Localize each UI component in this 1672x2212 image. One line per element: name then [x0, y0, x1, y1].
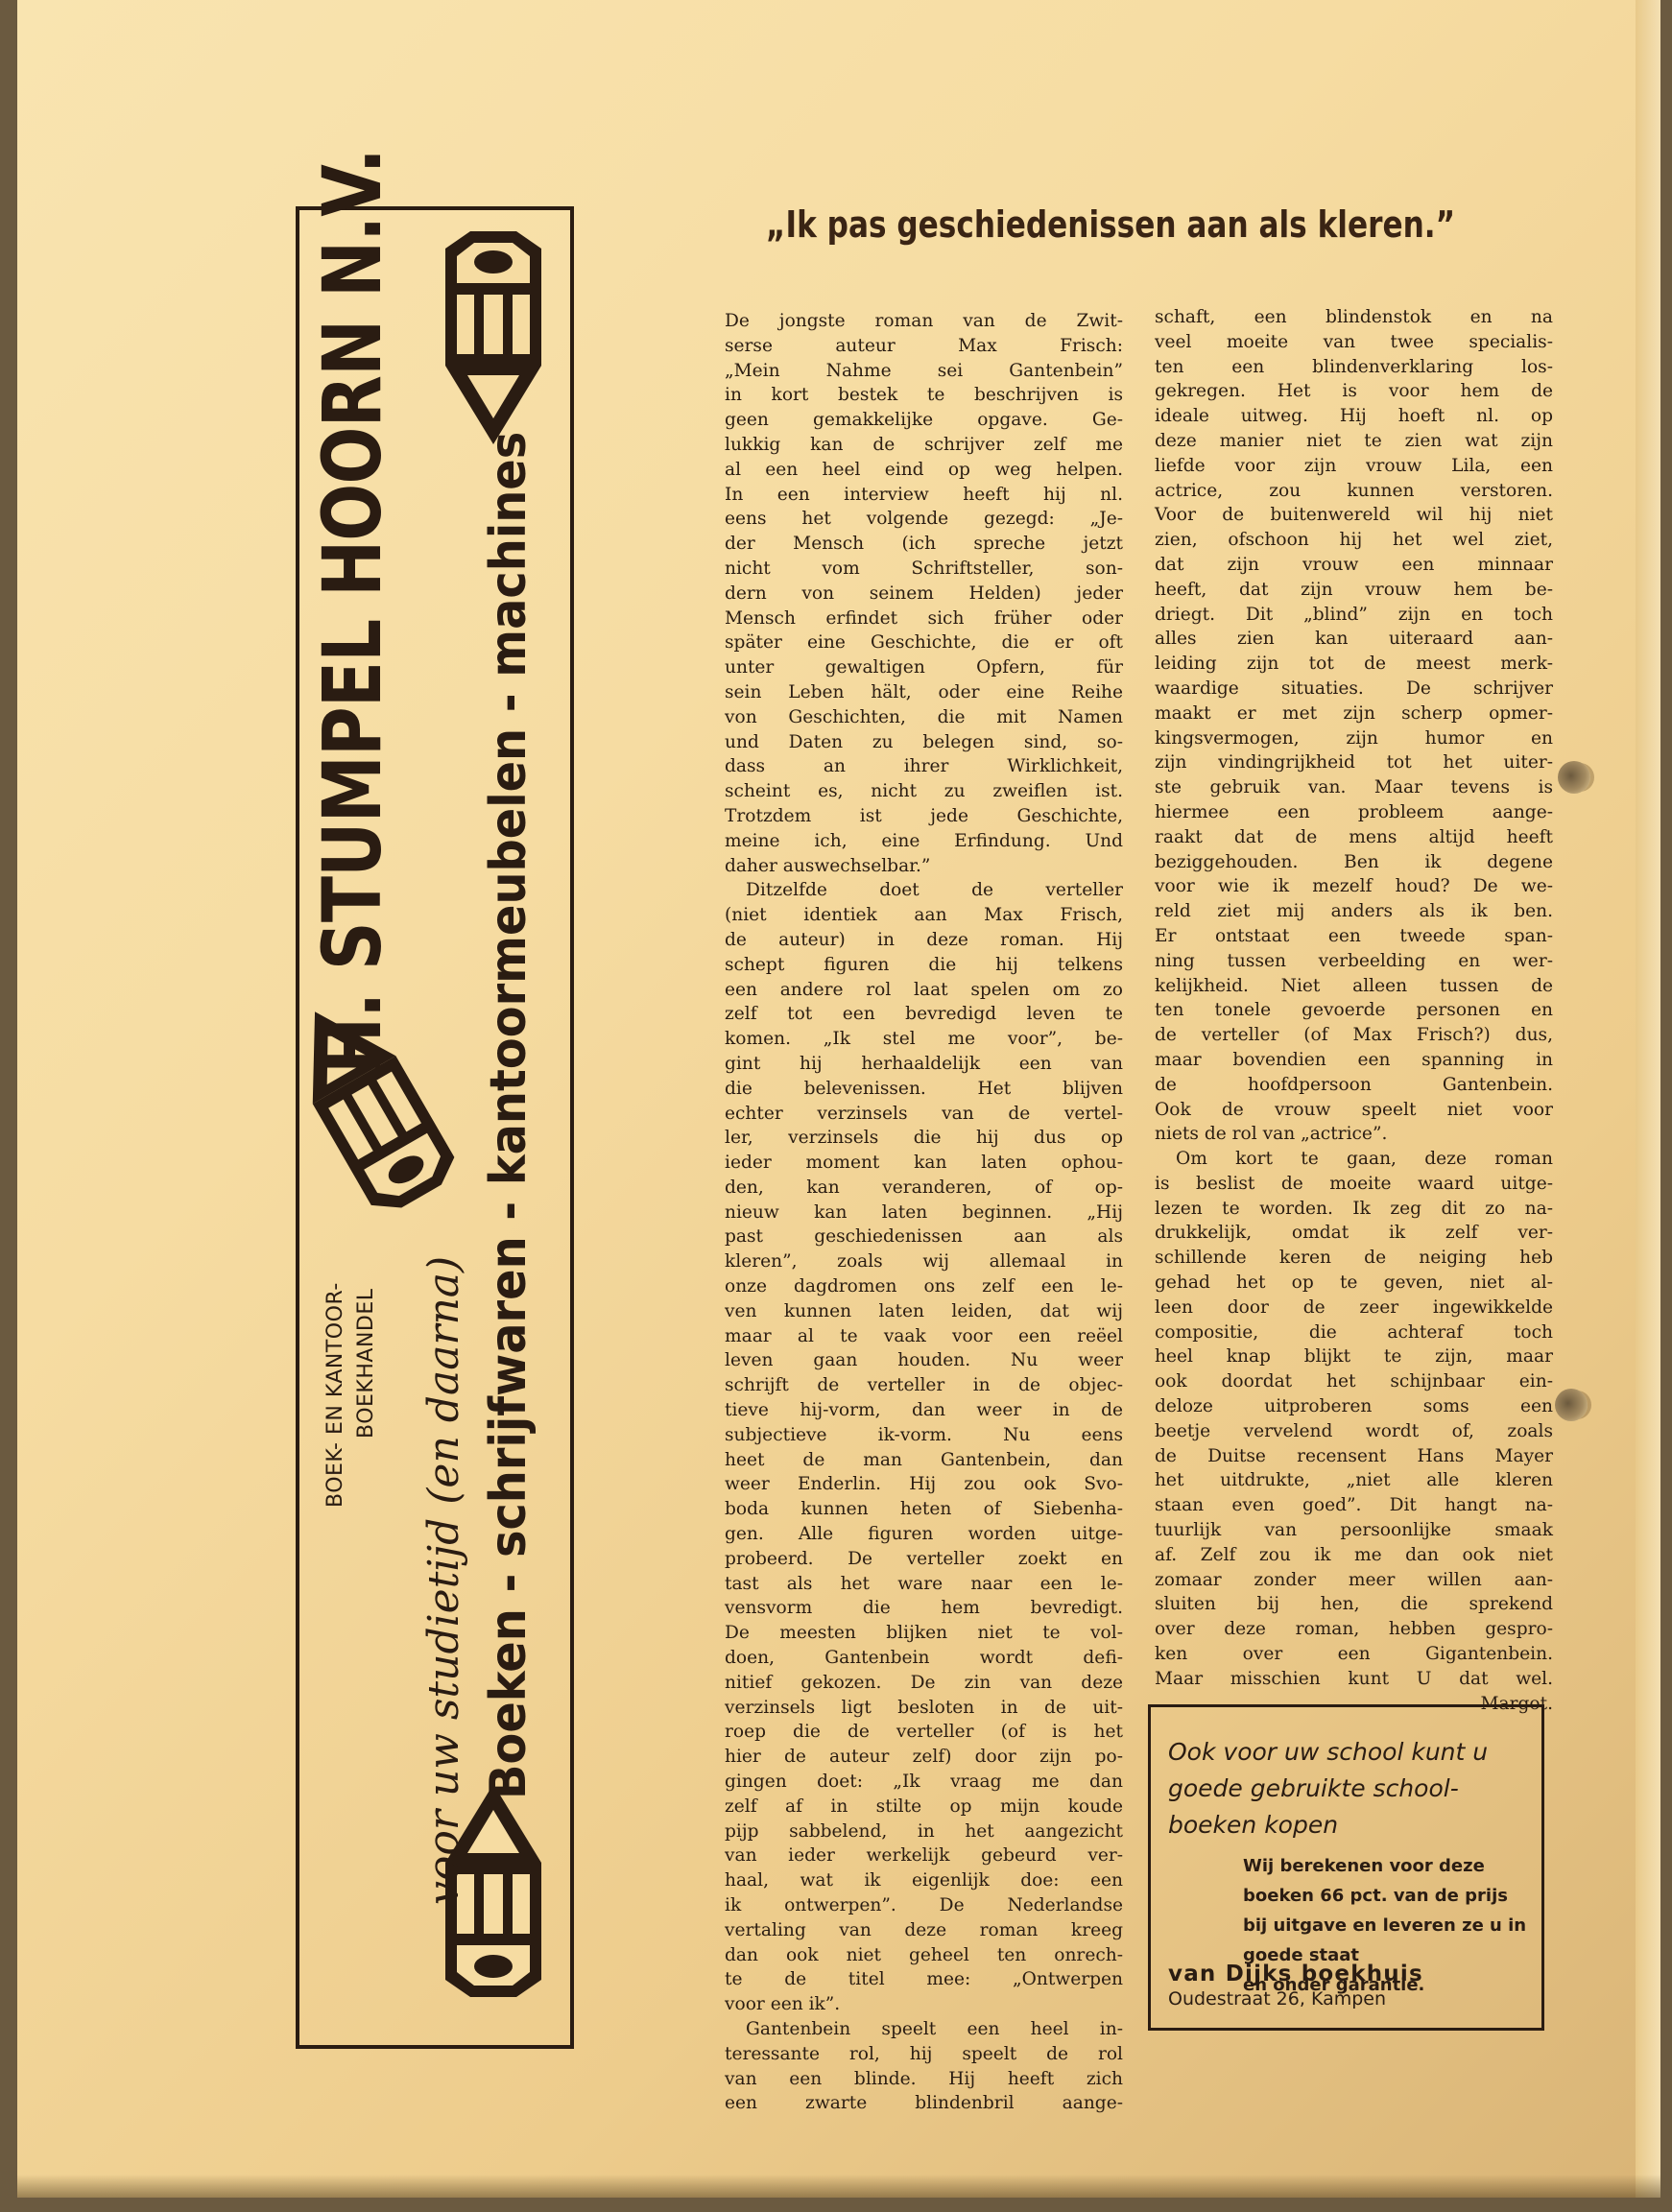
article-line: meine ich, eine Erfindung. Und: [725, 829, 1123, 854]
article-line: vertaling van deze roman kreeg: [725, 1918, 1123, 1943]
article-line: in kort bestek te beschrijven is: [725, 383, 1123, 408]
article-line: gehad het op te geven, niet al-: [1155, 1271, 1553, 1296]
ad-title: Ook voor uw school kunt ugoede gebruikte…: [1168, 1734, 1488, 1843]
article-line: maakt er met zijn scherp opmer-: [1155, 702, 1553, 726]
article-line: hier de auteur zelf) door zijn po-: [725, 1745, 1123, 1770]
article-line: het uitdrukte, „niet alle kleren: [1155, 1468, 1553, 1493]
article-line: unter gewaltigen Opfern, für: [725, 655, 1123, 680]
article-line: over deze roman, hebben gespro-: [1155, 1617, 1553, 1642]
article-line: is beslist de moeite waard uitge-: [1155, 1172, 1553, 1197]
shop-address: Oudestraat 26, Kampen: [1168, 1988, 1423, 2010]
article-line: Gantenbein speelt een heel in-: [725, 2017, 1123, 2042]
article-line: dern von seinem Helden) jeder: [725, 582, 1123, 607]
article-line: heel knap blijkt te zijn, maar: [1155, 1344, 1553, 1369]
ad-line: bij uitgave en leveren ze u in: [1243, 1911, 1526, 1940]
article-line: tieve hij-vorm, dan weer in de: [725, 1398, 1123, 1423]
article-line: den, kan veranderen, of op-: [725, 1176, 1123, 1201]
article-line: onze dagdromen ons zelf een le-: [725, 1274, 1123, 1299]
article-line: de Duitse recensent Hans Mayer: [1155, 1444, 1553, 1469]
article-line: beziggehouden. Ben ik degene: [1155, 850, 1553, 875]
article-line: Trotzdem ist jede Geschichte,: [725, 804, 1123, 829]
article-line: gekregen. Het is voor hem de: [1155, 379, 1553, 404]
article-line: ste gebruik van. Maar tevens is: [1155, 775, 1553, 800]
article-line: raakt dat de mens altijd heeft: [1155, 825, 1553, 850]
article-line: deze manier niet te zien wat zijn: [1155, 429, 1553, 454]
article-line: doen, Gantenbein wordt defi-: [725, 1646, 1123, 1671]
article-line: dass an ihrer Wirklichkeit,: [725, 754, 1123, 779]
article-line: ieder moment kan laten ophou-: [725, 1151, 1123, 1176]
article-line: pijp sabbelend, in het aangezicht: [725, 1820, 1123, 1844]
article-line: nieuw kan laten beginnen. „Hij: [725, 1201, 1123, 1225]
article-line: schept figuren die hij telkens: [725, 953, 1123, 978]
article-line: ven kunnen laten leiden, dat wij: [725, 1299, 1123, 1324]
article-line: scheint es, nicht zu zweiflen ist.: [725, 779, 1123, 804]
article-line: ten tonele gevoerde personen en: [1155, 998, 1553, 1023]
article-line: serse auteur Max Frisch:: [725, 334, 1123, 359]
article-line: ning tussen verbeelding en wer-: [1155, 949, 1553, 974]
ad-line: Wij berekenen voor deze: [1243, 1851, 1526, 1881]
page-edge: [1636, 0, 1660, 2198]
article-line: compositie, die achteraf toch: [1155, 1320, 1553, 1345]
article-line: (niet identiek aan Max Frisch,: [725, 903, 1123, 928]
article-line: In een interview heeft hij nl.: [725, 483, 1123, 508]
ad-line: Ook voor uw school kunt u: [1168, 1734, 1488, 1771]
article-line: schrijft de verteller in de objec-: [725, 1373, 1123, 1398]
article-line: ook doordat het schijnbaar ein-: [1155, 1369, 1553, 1394]
article-line: der Mensch (ich spreche jetzt: [725, 532, 1123, 557]
article-line: heet de man Gantenbein, dan: [725, 1448, 1123, 1473]
article-line: ten een blindenverklaring los-: [1155, 355, 1553, 380]
article-line: te de titel mee: „Ontwerpen: [725, 1967, 1123, 1992]
article-column-1: De jongste roman van de Zwit-serse auteu…: [725, 309, 1123, 2116]
article-line: später eine Geschichte, die er oft: [725, 630, 1123, 655]
article-line: schillende keren de neiging heb: [1155, 1246, 1553, 1271]
article-line: geen gemakkelijke opgave. Ge-: [725, 408, 1123, 433]
company-name: H. STUMPEL HOORN N.V.: [305, 149, 399, 1074]
article-line: De jongste roman van de Zwit-: [725, 309, 1123, 334]
bookshop-advertisement: Ook voor uw school kunt ugoede gebruikte…: [1148, 1704, 1544, 2031]
article-line: zelf af in stilte op mijn koude: [725, 1795, 1123, 1820]
article-line: von Geschichten, die mit Namen: [725, 705, 1123, 730]
article-line: kleren”, zoals wij allemaal in: [725, 1249, 1123, 1274]
article-line: dan ook niet geheel ten onrech-: [725, 1943, 1123, 1968]
article-line: die belevenissen. Het blijven: [725, 1077, 1123, 1102]
article-line: verzinsels ligt besloten in de uit-: [725, 1696, 1123, 1721]
article-line: boda kunnen heten of Siebenha-: [725, 1497, 1123, 1522]
article-line: nitief gekozen. De zin van deze: [725, 1671, 1123, 1696]
article-line: weer Enderlin. Hij zou ook Svo-: [725, 1472, 1123, 1497]
article-line: sluiten bij hen, die sprekend: [1155, 1592, 1553, 1617]
article-line: alles zien kan uiteraard aan-: [1155, 627, 1553, 652]
article-line: schaft, een blindenstok en na: [1155, 305, 1553, 330]
article-line: lukkig kan de schrijver zelf me: [725, 433, 1123, 458]
article-line: Ook de vrouw speelt niet voor: [1155, 1098, 1553, 1123]
article-line: staan even goed”. Dit hangt na-: [1155, 1493, 1553, 1518]
article-line: ideale uitweg. Hij hoeft nl. op: [1155, 404, 1553, 429]
article-line: een zwarte blindenbril aange-: [725, 2091, 1123, 2116]
article-line: zien, ofschoon hij het wel ziet,: [1155, 528, 1553, 553]
article-line: ik ontwerpen”. De Nederlandse: [725, 1893, 1123, 1918]
ad-slogan: voor uw studietijd (en daarna): [419, 1256, 468, 1905]
article-line: nicht vom Schriftsteller, son-: [725, 557, 1123, 582]
article-line: komen. „Ik stel me voor”, be-: [725, 1027, 1123, 1052]
article-column-2: schaft, een blindenstok en naveel moeite…: [1155, 305, 1553, 1716]
article-line: veel moeite van twee specialis-: [1155, 330, 1553, 355]
ad-line: boeken 66 pct. van de prijs: [1243, 1881, 1526, 1911]
ad-line: boeken kopen: [1168, 1807, 1488, 1843]
article-line: maar al te vaak voor een reëel: [725, 1324, 1123, 1349]
article-line: van een blinde. Hij heeft zich: [725, 2067, 1123, 2092]
article-line: deloze uitproberen soms een: [1155, 1394, 1553, 1419]
article-line: beetje vervelend wordt of, zoals: [1155, 1419, 1553, 1444]
article-line: driegt. Dit „blind” zijn en toch: [1155, 603, 1553, 628]
article-line: Voor de buitenwereld wil hij niet: [1155, 503, 1553, 528]
article-line: niets de rol van „actrice”.: [1155, 1122, 1553, 1147]
article-line: past geschiedenissen aan als: [725, 1225, 1123, 1249]
punch-hole: [1555, 1389, 1588, 1421]
article-line: gen. Alle figuren worden uitge-: [725, 1522, 1123, 1547]
article-line: leen door de zeer ingewikkelde: [1155, 1296, 1553, 1320]
article-line: de hoofdpersoon Gantenbein.: [1155, 1073, 1553, 1098]
article-line: voor een ik”.: [725, 1992, 1123, 2017]
article-line: probeerd. De verteller zoekt en: [725, 1547, 1123, 1572]
article-line: tuurlijk van persoonlijke smaak: [1155, 1518, 1553, 1543]
article-line: tast als het ware naar een le-: [725, 1572, 1123, 1597]
magazine-page: BOEK- EN KANTOOR- BOEKHANDEL H. STUMPEL …: [17, 0, 1660, 2198]
article-line: ler, verzinsels die hij dus op: [725, 1126, 1123, 1151]
article-line: und Daten zu belegen sind, so-: [725, 730, 1123, 755]
article-line: leven gaan houden. Nu weer: [725, 1348, 1123, 1373]
article-line: daher auswechselbar.”: [725, 854, 1123, 879]
article-line: vensvorm die hem bevredigt.: [725, 1596, 1123, 1621]
article-line: haal, wat ik eigenlijk doe: een: [725, 1868, 1123, 1893]
article-line: reld ziet mij anders als ik ben.: [1155, 899, 1553, 924]
article-line: hiermee een probleem aange-: [1155, 800, 1553, 825]
article-line: de auteur) in deze roman. Hij: [725, 928, 1123, 953]
article-line: echter verzinsels van de vertel-: [725, 1102, 1123, 1127]
article-line: ken over een Gigantenbein.: [1155, 1642, 1553, 1667]
article-line: Om kort te gaan, deze roman: [1155, 1147, 1553, 1172]
ad-line: goede gebruikte school-: [1168, 1771, 1488, 1807]
ad-products: Boeken - schrijfwaren - kantoormeubelen …: [480, 432, 537, 1799]
article-line: Maar misschien kunt U dat wel.: [1155, 1667, 1553, 1692]
pencil-icon: [434, 222, 554, 452]
ad-footer: van Dijks boekhuis Oudestraat 26, Kampen: [1168, 1962, 1423, 2010]
article-line: teressante rol, hij speelt de rol: [725, 2042, 1123, 2067]
article-line: subjectieve ik-vorm. Nu eens: [725, 1423, 1123, 1448]
article-line: de verteller (of Max Frisch?) dus,: [1155, 1023, 1553, 1048]
shop-type-label: BOEK- EN KANTOOR- BOEKHANDEL: [321, 1282, 382, 1508]
article-line: sein Leben hält, oder eine Reihe: [725, 680, 1123, 705]
article-line: van ieder werkelijk gebeurd ver-: [725, 1843, 1123, 1868]
article-line: liefde voor zijn vrouw Lila, een: [1155, 454, 1553, 479]
article-line: gint hij herhaaldelijk een van: [725, 1052, 1123, 1077]
article-line: al een heel eind op weg helpen.: [725, 458, 1123, 483]
article-line: dat zijn vrouw een minnaar: [1155, 553, 1553, 578]
article-line: actrice, zou kunnen verstoren.: [1155, 479, 1553, 504]
article-line: zijn vindingrijkheid tot het uiter-: [1155, 750, 1553, 775]
article-line: Mensch erfindet sich früher oder: [725, 607, 1123, 631]
article-line: een andere rol laat spelen om zo: [725, 978, 1123, 1003]
article-headline: „Ik pas geschiedenissen aan als kleren.”: [766, 203, 1411, 246]
article-line: eens het volgende gezegd: „Je-: [725, 507, 1123, 532]
article-line: drukkelijk, omdat ik zelf ver-: [1155, 1221, 1553, 1246]
article-line: zelf tot een bevredigd leven te: [725, 1002, 1123, 1027]
article-line: leiding zijn tot de meest merk-: [1155, 652, 1553, 677]
article-line: Ditzelfde doet de verteller: [725, 878, 1123, 903]
punch-hole: [1558, 761, 1590, 794]
article-line: waardige situaties. De schrijver: [1155, 677, 1553, 702]
article-line: voor wie ik mezelf houd? De we-: [1155, 874, 1553, 899]
article-line: roep die de verteller (of is het: [725, 1720, 1123, 1745]
article-line: lezen te worden. Ik zeg dit zo na-: [1155, 1197, 1553, 1222]
article-line: gingen doet: „Ik vraag me dan: [725, 1770, 1123, 1795]
article-line: maar bovendien een spanning in: [1155, 1048, 1553, 1073]
article-line: Er ontstaat een tweede span-: [1155, 924, 1553, 949]
stumpel-advertisement: BOEK- EN KANTOOR- BOEKHANDEL H. STUMPEL …: [296, 206, 574, 2049]
article-line: heeft, dat zijn vrouw hem be-: [1155, 578, 1553, 603]
article-line: kingsvermogen, zijn humor en: [1155, 726, 1553, 751]
article-line: kelijkheid. Niet alleen tussen de: [1155, 974, 1553, 999]
page-bottom-shadow: [17, 2175, 1660, 2198]
article-line: af. Zelf zou ik me dan ook niet: [1155, 1543, 1553, 1568]
shop-name: van Dijks boekhuis: [1168, 1962, 1423, 1986]
article-line: „Mein Nahme sei Gantenbein”: [725, 359, 1123, 384]
article-line: De meesten blijken niet te vol-: [725, 1621, 1123, 1646]
article-line: zomaar zonder meer willen aan-: [1155, 1568, 1553, 1593]
